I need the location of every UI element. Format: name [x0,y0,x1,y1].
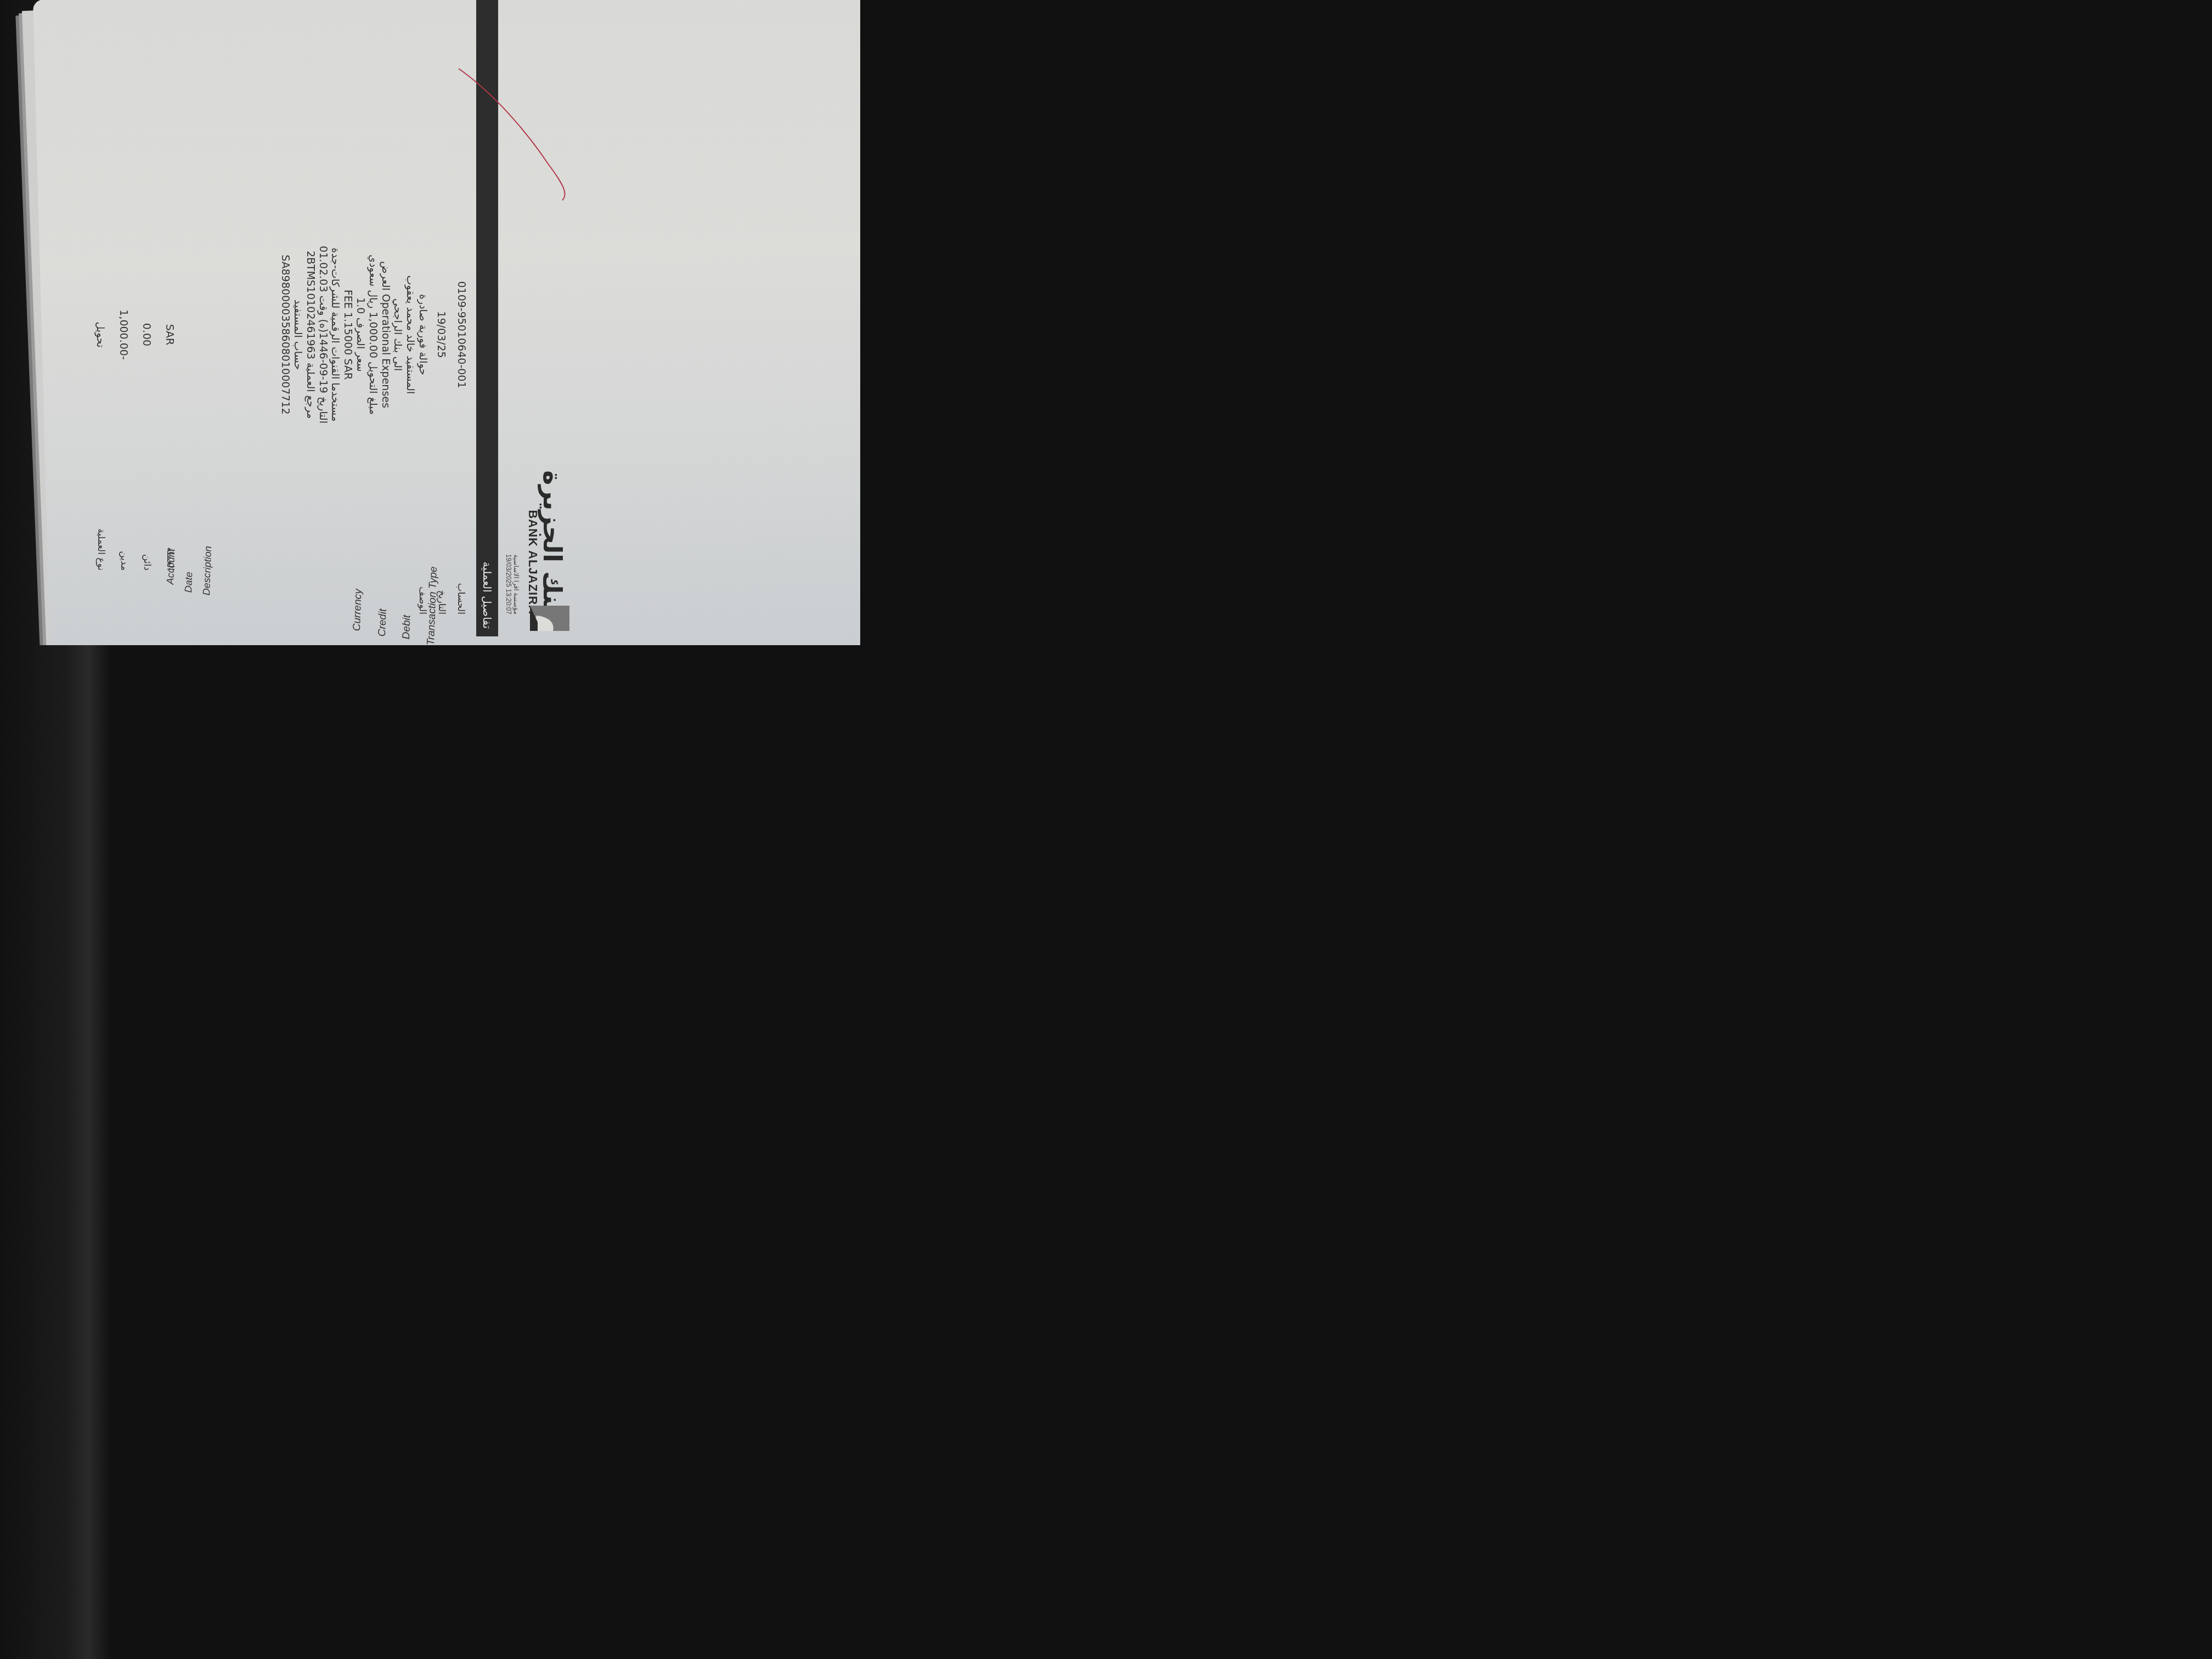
label-description-en: Description [201,546,214,596]
label-account-en: Account [165,549,177,585]
label-debit-en: Debit [400,615,414,640]
label-date-en: Date [183,572,195,593]
label-currency-en: Currency [351,589,365,631]
label-type-en: Transaction Type [425,566,440,645]
label-credit-en: Credit [376,608,390,636]
english-labels: Account Date Description Currency Credit… [0,0,860,645]
